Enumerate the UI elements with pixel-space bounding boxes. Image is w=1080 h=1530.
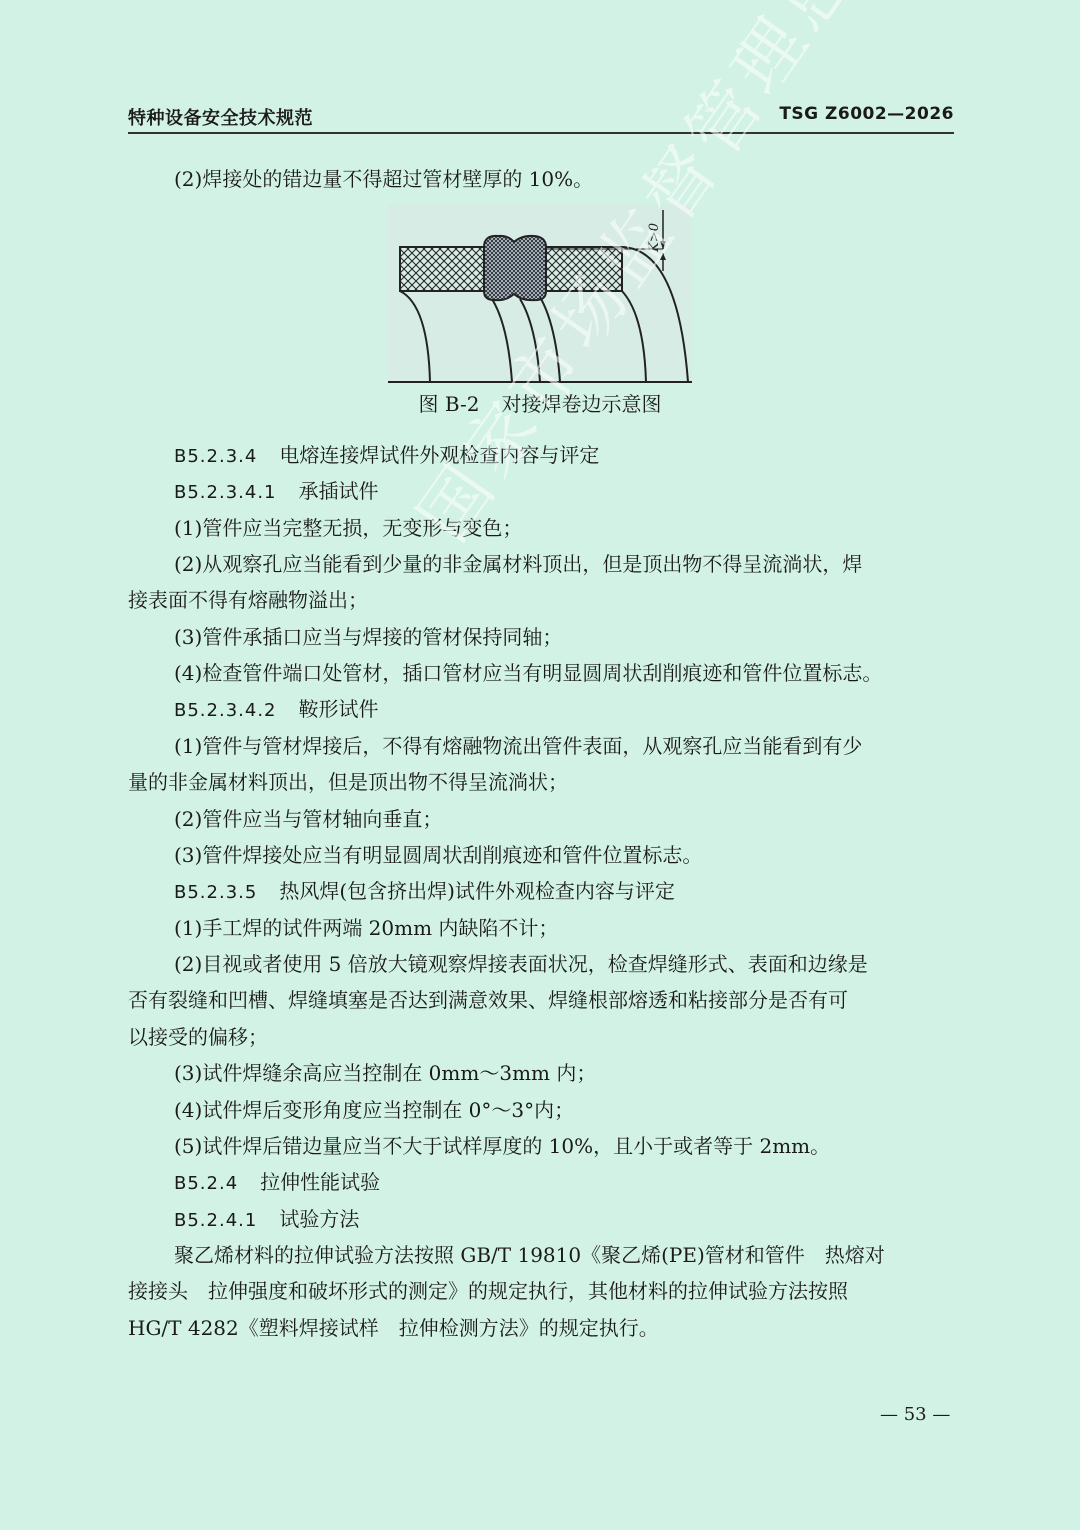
page-header: 特种设备安全技术规范 TSG Z6002—2026 xyxy=(128,100,954,134)
header-standard-code: TSG Z6002—2026 xyxy=(779,104,954,124)
section-title: 承插试件 xyxy=(299,479,379,503)
header-title: 特种设备安全技术规范 xyxy=(128,104,313,130)
paragraph-continuation: 否有裂缝和凹槽、焊缝填塞是否达到满意效果、焊缝根部熔透和粘接部分是否有可 xyxy=(128,982,954,1018)
paragraph-item: (1)管件应当完整无损，无变形与变色； xyxy=(128,510,1000,546)
paragraph-item: (4)检查管件端口处管材，插口管材应当有明显圆周状刮削痕迹和管件位置标志。 xyxy=(128,655,1000,691)
figure-number: 图 B-2 xyxy=(419,392,480,416)
paragraph-item: (2)焊接处的错边量不得超过管材壁厚的 10%。 xyxy=(128,161,1000,197)
section-number: B5.2.4 xyxy=(174,1173,238,1194)
section-heading: B5.2.3.4电熔连接焊试件外观检查内容与评定 xyxy=(128,437,1000,475)
section-heading: B5.2.3.4.1承插试件 xyxy=(128,473,1000,511)
figure-caption: 图 B-2对接焊卷边示意图 xyxy=(388,386,692,422)
paragraph-continuation: 以接受的偏移； xyxy=(128,1019,954,1055)
section-number: B5.2.4.1 xyxy=(174,1210,257,1231)
paragraph-item: (1)管件与管材焊接后，不得有熔融物流出管件表面，从观察孔应当能看到有少 xyxy=(128,728,1000,764)
paragraph-item: (5)试件焊后错边量应当不大于试样厚度的 10%，且小于或者等于 2mm。 xyxy=(128,1128,1000,1164)
section-number: B5.2.3.4.1 xyxy=(174,482,277,503)
paragraph-item: (2)目视或者使用 5 倍放大镜观察焊接表面状况，检查焊缝形式、表面和边缘是 xyxy=(128,946,1000,982)
paragraph-continuation: 量的非金属材料顶出，但是顶出物不得呈流淌状； xyxy=(128,764,954,800)
svg-text:K>0: K>0 xyxy=(647,223,662,253)
paragraph-item: (2)从观察孔应当能看到少量的非金属材料顶出，但是顶出物不得呈流淌状，焊 xyxy=(128,546,1000,582)
figure-butt-weld-bead: K>0 xyxy=(388,205,692,383)
section-number: B5.2.3.4 xyxy=(174,446,257,467)
paragraph-continuation: HG/T 4282《塑料焊接试样 拉伸检测方法》的规定执行。 xyxy=(128,1310,954,1346)
paragraph-continuation: 接表面不得有熔融物溢出； xyxy=(128,582,954,618)
paragraph-item: (3)管件焊接处应当有明显圆周状刮削痕迹和管件位置标志。 xyxy=(128,837,1000,873)
section-title: 电熔连接焊试件外观检查内容与评定 xyxy=(279,443,599,467)
paragraph-item: (2)管件应当与管材轴向垂直； xyxy=(128,801,1000,837)
section-heading: B5.2.3.4.2鞍形试件 xyxy=(128,691,1000,729)
paragraph-item: 聚乙烯材料的拉伸试验方法按照 GB/T 19810《聚乙烯(PE)管材和管件 热… xyxy=(128,1237,1000,1273)
paragraph-item: (3)管件承插口应当与焊接的管材保持同轴； xyxy=(128,619,1000,655)
page-number: — 53 — xyxy=(880,1404,950,1425)
section-heading: B5.2.3.5热风焊(包含挤出焊)试件外观检查内容与评定 xyxy=(128,873,1000,911)
section-title: 热风焊(包含挤出焊)试件外观检查内容与评定 xyxy=(279,879,675,903)
paragraph-item: (1)手工焊的试件两端 20mm 内缺陷不计； xyxy=(128,910,1000,946)
section-heading: B5.2.4.1试验方法 xyxy=(128,1201,1000,1239)
section-title: 鞍形试件 xyxy=(299,697,379,721)
figure-title: 对接焊卷边示意图 xyxy=(501,392,661,416)
paragraph-item: (4)试件焊后变形角度应当控制在 0°～3°内； xyxy=(128,1092,1000,1128)
weld-diagram-icon: K>0 xyxy=(388,205,692,383)
paragraph-item: (3)试件焊缝余高应当控制在 0mm～3mm 内； xyxy=(128,1055,1000,1091)
paragraph-continuation: 接接头 拉伸强度和破坏形式的测定》的规定执行，其他材料的拉伸试验方法按照 xyxy=(128,1273,954,1309)
section-title: 拉伸性能试验 xyxy=(260,1170,380,1194)
section-number: B5.2.3.4.2 xyxy=(174,700,277,721)
section-number: B5.2.3.5 xyxy=(174,882,257,903)
section-heading: B5.2.4拉伸性能试验 xyxy=(128,1164,1000,1202)
section-title: 试验方法 xyxy=(279,1207,359,1231)
